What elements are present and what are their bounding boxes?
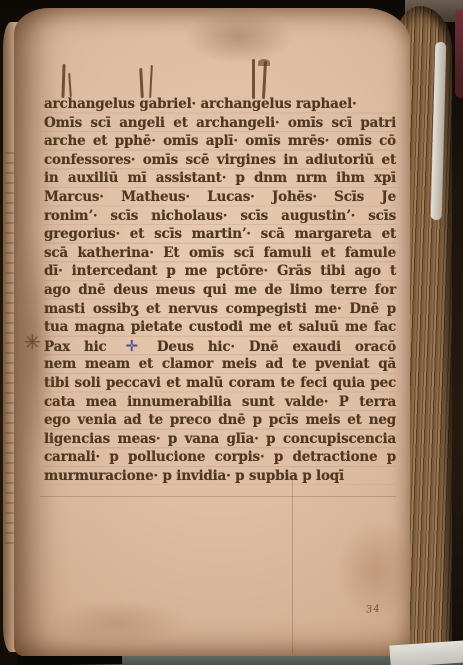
text-segment: Deus hic· Dnē exaudi oracō [157,339,396,355]
text-line: ligencias meas· p vana glīa· p concupisc… [44,430,396,449]
text-line: tua magna pietate custodi me et saluū me… [44,318,396,337]
cadel-flourish [139,68,144,98]
text-line: cata mea innumerabilia sunt valde· P ter… [44,393,396,412]
text-line: in auxiliū mī assistant· p dnm nrm ihm x… [44,169,396,188]
cadel-flourish [61,64,65,98]
text-line: gregorius· et scīs martinʼ· scā margaret… [44,225,396,244]
text-line: scā katherina· Et omīs scī famuli et fam… [44,244,396,263]
text-line: nem meam et clamor meis ad te pveniat qā [44,355,396,374]
bookmark-slip-bottom [389,640,463,665]
text-line: Omīs scī angeli et archangeli· omīs scī … [44,114,396,133]
parchment-stain [184,10,294,64]
text-line: tibi soli peccavi et malū coram te feci … [44,374,396,393]
cadel-flourish [68,73,72,97]
text-line: ago dnē deus meus qui me de limo terre f… [44,281,396,300]
cadel-flourish [252,59,255,99]
cadel-flourish [149,65,153,98]
cadel-flourish [262,61,267,99]
margin-star-ornament: ✳ [24,333,41,352]
text-line: arche et pphē· omīs aplī· omīs mrēs· omī… [44,132,396,151]
text-line: archangelus gabriel· archangelus raphael… [44,95,396,114]
ruling-line [40,496,396,497]
parchment-crease [292,476,293,654]
text-line: Marcus· Matheus· Lucas· Johēs· Scīs Je [44,188,396,207]
page-number: 34 [366,603,381,615]
text-line: masti ossibʒ et nervus compegisti me· Dn… [44,300,396,319]
manuscript-photo: archangelus gabriel· archangelus raphael… [0,0,463,665]
text-line: ego venia ad te preco dnē p pcīs meis et… [44,411,396,430]
text-line: ronimʼ· scīs nicholaus· scīs augustinʼ· … [44,207,396,226]
text-line: confessores· omīs scē virgines in adiuto… [44,151,396,170]
text-block: archangelus gabriel· archangelus raphael… [44,95,396,485]
book-cover-sliver [455,10,463,98]
text-segment: Pax hic [44,339,107,355]
text-line: dī· intercedant p me pctōre· Grās tibi a… [44,262,396,281]
parchment-stain [48,600,188,646]
text-line: carnali· p pollucione corpis· p detracti… [44,448,396,467]
text-line: murmuracione· p invidia· p supbia p loqī [44,467,396,486]
cadel-flourish [258,59,270,66]
manuscript-page: archangelus gabriel· archangelus raphael… [14,8,410,656]
text-line-pax: ✳ Pax hic ✛ Deus hic· Dnē exaudi oracō [44,337,396,356]
votive-cross-ornament: ✛ [126,337,138,355]
